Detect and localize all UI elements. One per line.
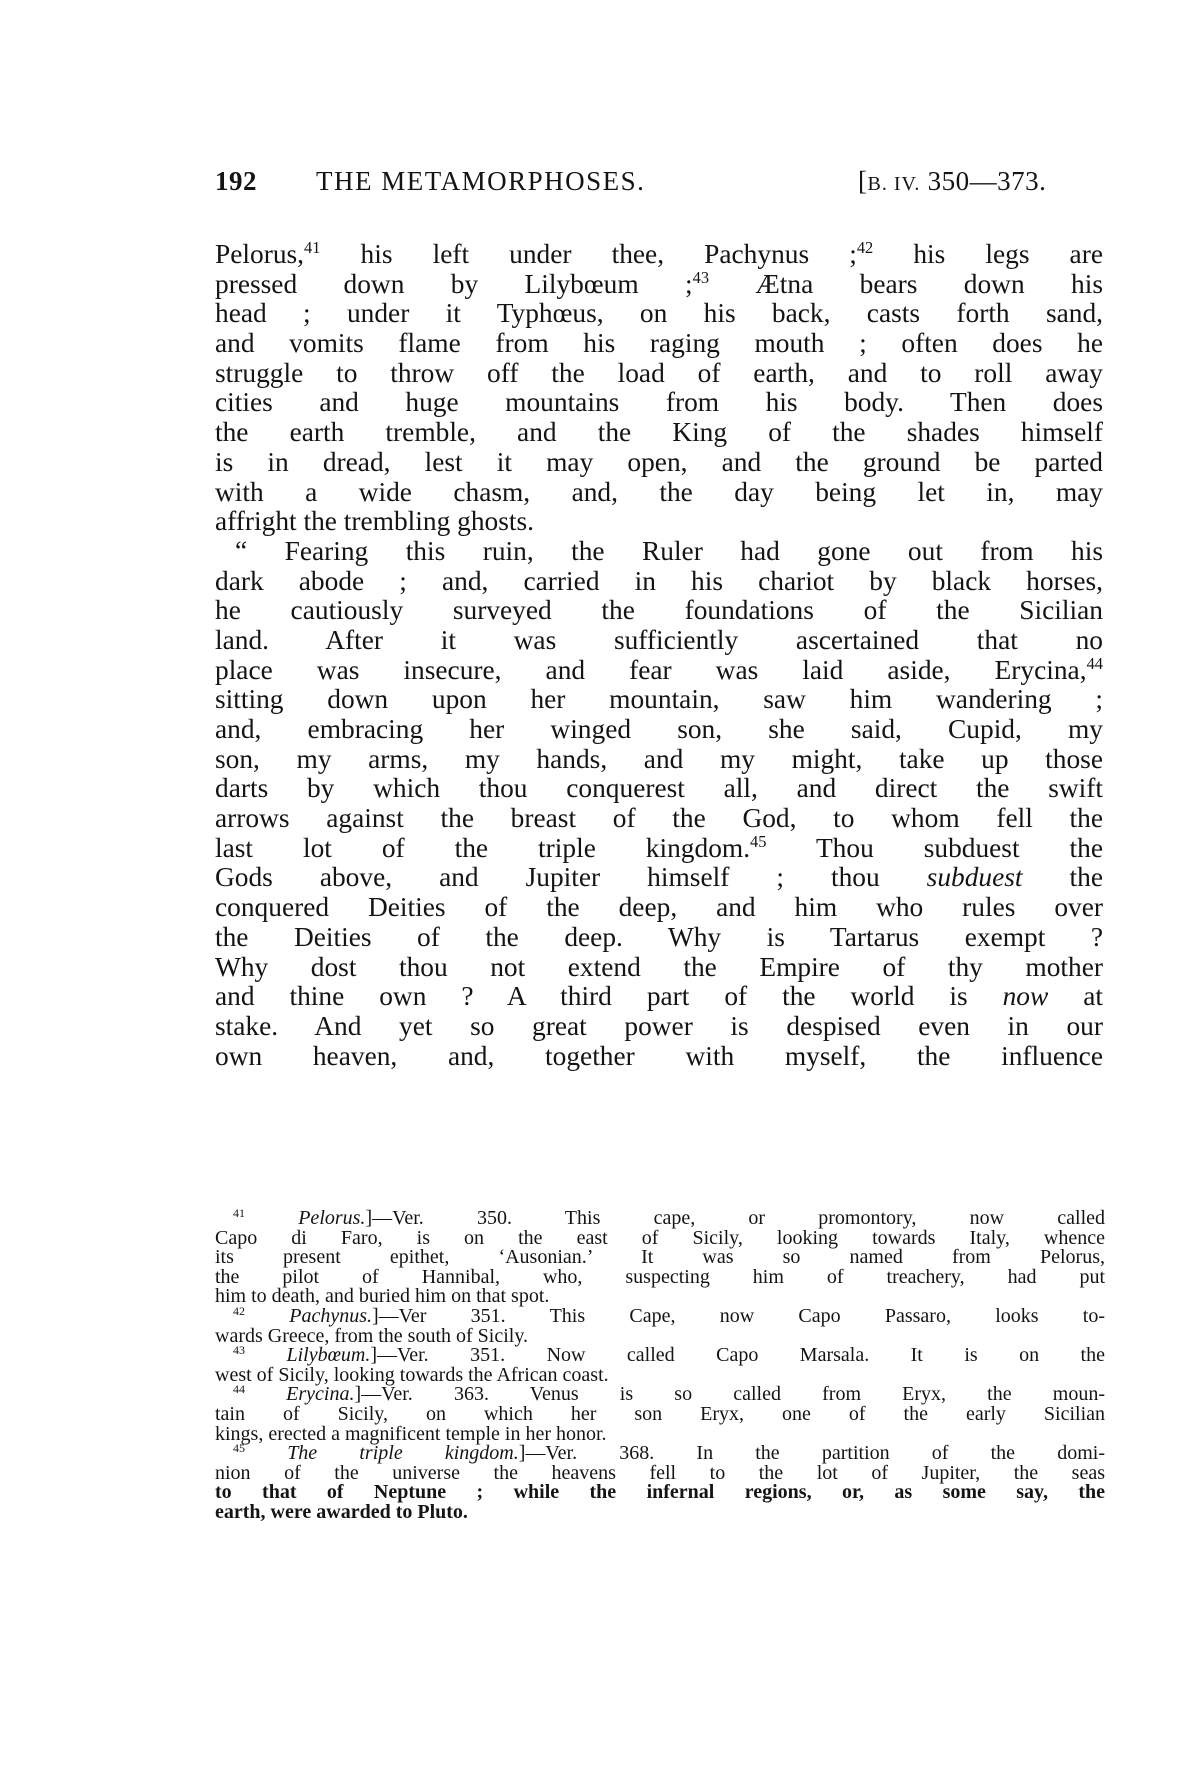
page-number: 192 [215,166,257,197]
text-line: arrows against the breast of the God, to… [215,804,1103,834]
text-line: cities and huge mountains from his body.… [215,388,1103,418]
text-line: place was insecure, and fear was laid as… [215,656,1103,686]
text-line: with a wide chasm, and, the day being le… [215,478,1103,508]
text-line: Gods above, and Jupiter himself ; thou s… [215,863,1103,893]
footnote-line: 45 The triple kingdom.]—Ver. 368. In the… [215,1444,1105,1464]
text-line: Why dost thou not extend the Empire of t… [215,953,1103,983]
footnote-number: 45 [233,1441,245,1455]
text-line: last lot of the triple kingdom.45 Thou s… [215,834,1103,864]
footnote-line: tain of Sicily, on which her son Eryx, o… [215,1405,1105,1425]
footnote-number: 41 [233,1206,245,1220]
text-line: son, my arms, my hands, and my might, ta… [215,745,1103,775]
text-line: sitting down upon her mountain, saw him … [215,685,1103,715]
footnote-number: 42 [233,1304,245,1318]
running-header: 192 THE METAMORPHOSES. [B. IV. 350—373. [215,166,1105,202]
footnote-line: to that of Neptune ; while the infernal … [215,1483,1105,1503]
footnote-line: 41 Pelorus.]—Ver. 350. This cape, or pro… [215,1209,1105,1229]
text-line: and thine own ? A third part of the worl… [215,982,1103,1012]
footnotes: 41 Pelorus.]—Ver. 350. This cape, or pro… [215,1209,1105,1523]
footnote-ref: 42 [857,238,873,257]
footnote-ref: 41 [304,238,320,257]
footnote-line: 44 Erycina.]—Ver. 363. Venus is so calle… [215,1385,1105,1405]
footnote-term: Lilybœum. [286,1344,370,1366]
footnote-ref: 45 [750,832,766,851]
text-line: pressed down by Lilybœum ;43 Ætna bears … [215,270,1103,300]
footnote-number: 44 [233,1382,245,1396]
footnote-term: The triple kingdom. [287,1442,519,1464]
main-text: Pelorus,41 his left under thee, Pachynus… [215,240,1103,1071]
text-line: dark abode ; and, carried in his chariot… [215,567,1103,597]
footnote-line: 42 Pachynus.]—Ver 351. This Cape, now Ca… [215,1307,1105,1327]
text-line: and vomits flame from his raging mouth ;… [215,329,1103,359]
footnote-line: earth, were awarded to Pluto. [215,1503,1105,1523]
text-line: he cautiously surveyed the foundations o… [215,596,1103,626]
text-line: land. After it was sufficiently ascertai… [215,626,1103,656]
footnote-ref: 43 [693,268,709,287]
text-line: affright the trembling ghosts. [215,507,1103,537]
text-line: the Deities of the deep. Why is Tartarus… [215,923,1103,953]
footnote-term: Pachynus. [289,1305,372,1327]
footnote-line: its present epithet, ‘Ausonian.’ It was … [215,1248,1105,1268]
footnote-line: 43 Lilybœum.]—Ver. 351. Now called Capo … [215,1346,1105,1366]
text-line: struggle to throw off the load of earth,… [215,359,1103,389]
text-line: the earth tremble, and the King of the s… [215,418,1103,448]
text-line: head ; under it Typhœus, on his back, ca… [215,299,1103,329]
text-line: and, embracing her winged son, she said,… [215,715,1103,745]
text-line: conquered Deities of the deep, and him w… [215,893,1103,923]
text-line: is in dread, lest it may open, and the g… [215,448,1103,478]
verse-range: [B. IV. 350—373. [858,166,1046,197]
text-line: “ Fearing this ruin, the Ruler had gone … [215,537,1103,567]
text-line: Pelorus,41 his left under thee, Pachynus… [215,240,1103,270]
footnote-term: Pelorus. [298,1207,365,1229]
text-line: own heaven, and, together with myself, t… [215,1042,1103,1072]
book-title: THE METAMORPHOSES. [316,166,645,197]
text-line: stake. And yet so great power is despise… [215,1012,1103,1042]
footnote-ref: 44 [1087,654,1103,673]
text-line: darts by which thou conquerest all, and … [215,774,1103,804]
footnote-number: 43 [233,1343,245,1357]
